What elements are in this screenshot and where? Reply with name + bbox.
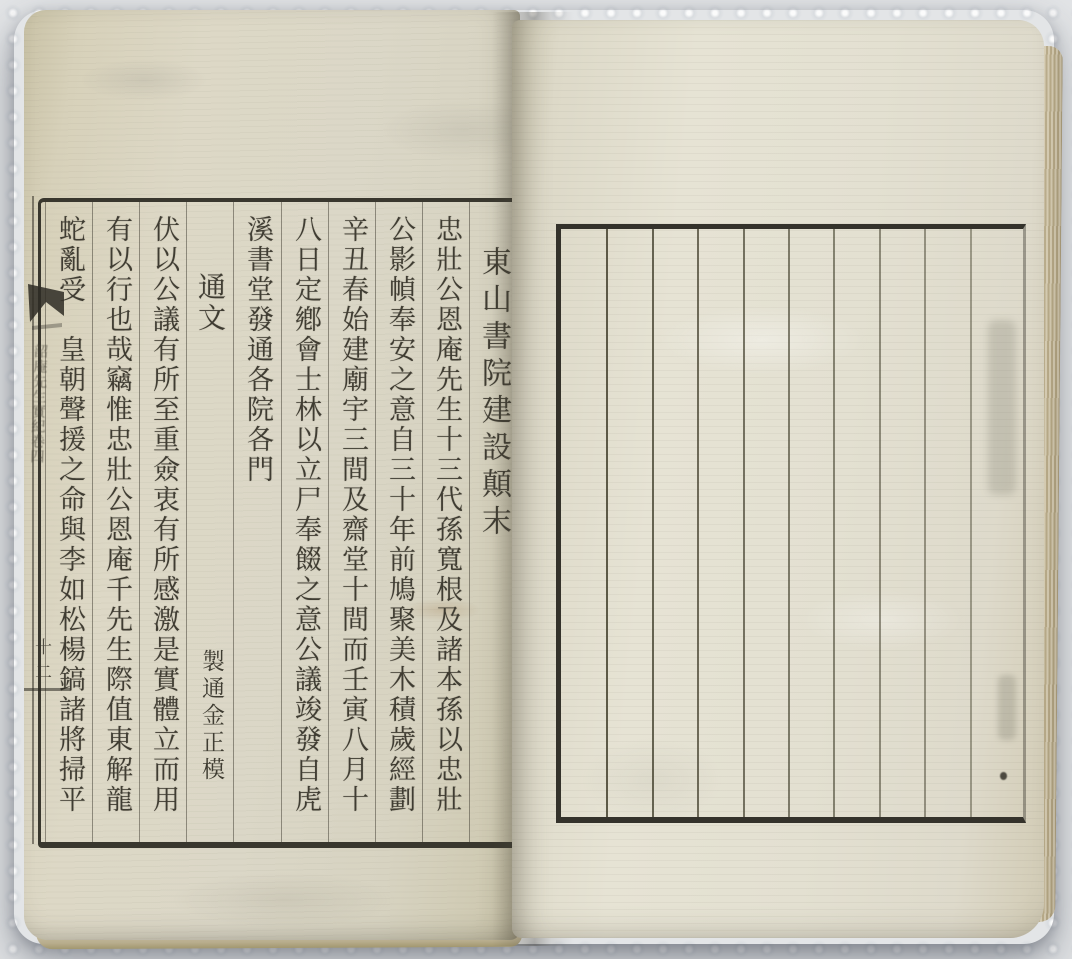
- ink-bleedthrough: [998, 675, 1016, 740]
- ink-bleedthrough: [988, 320, 1016, 495]
- left-text-frame: 東山書院建設顛末 忠壯公恩庵先生十三代孫寬根及諸本孫以忠壯 公影幀奉安之意自三十…: [38, 198, 523, 848]
- column-rule: [697, 229, 699, 817]
- text-column-6: 溪書堂發通各院各門: [233, 202, 281, 842]
- column-rule: [970, 229, 972, 817]
- right-page: [512, 20, 1044, 938]
- title-column: 東山書院建設顛末: [469, 202, 517, 842]
- leaf-number: 十二: [30, 638, 52, 688]
- column-rule: [788, 229, 790, 817]
- ink-spot: [1000, 772, 1007, 780]
- fishtail-mark: [26, 282, 66, 344]
- text-column-5: 八日定鄕會士林以立尸奉餟之意公議竣發自虎: [281, 202, 329, 842]
- drafter-credit: 製通金正模: [187, 649, 234, 784]
- text-column-4: 辛丑春始建廟宇三間及齋堂十間而壬寅八月十: [328, 202, 376, 842]
- text-column-9: 有以行也哉竊惟忠壯公恩庵千先生際值東解龍: [92, 202, 140, 842]
- text-column-2: 忠壯公恩庵先生十三代孫寬根及諸本孫以忠壯: [422, 202, 470, 842]
- text-column-3: 公影幀奉安之意自三十年前鳩聚美木積歲經劃: [375, 202, 423, 842]
- text-column-8: 伏以公議有所至重僉衷有所感激是實體立而用: [139, 202, 187, 842]
- column-rule: [833, 229, 835, 817]
- fold-mark-line: [24, 688, 70, 691]
- book-photo: 東山書院建設顛末 忠壯公恩庵先生十三代孫寬根及諸本孫以忠壯 公影幀奉安之意自三十…: [0, 0, 1072, 959]
- blank-grid-frame: [556, 224, 1026, 823]
- column-rule: [652, 229, 654, 817]
- column-rule: [924, 229, 926, 817]
- column-rule: [879, 229, 881, 817]
- column-rule: [743, 229, 745, 817]
- column-rule: [606, 229, 608, 817]
- left-page: 東山書院建設顛末 忠壯公恩庵先生十三代孫寬根及諸本孫以忠壯 公影幀奉安之意自三十…: [24, 10, 520, 940]
